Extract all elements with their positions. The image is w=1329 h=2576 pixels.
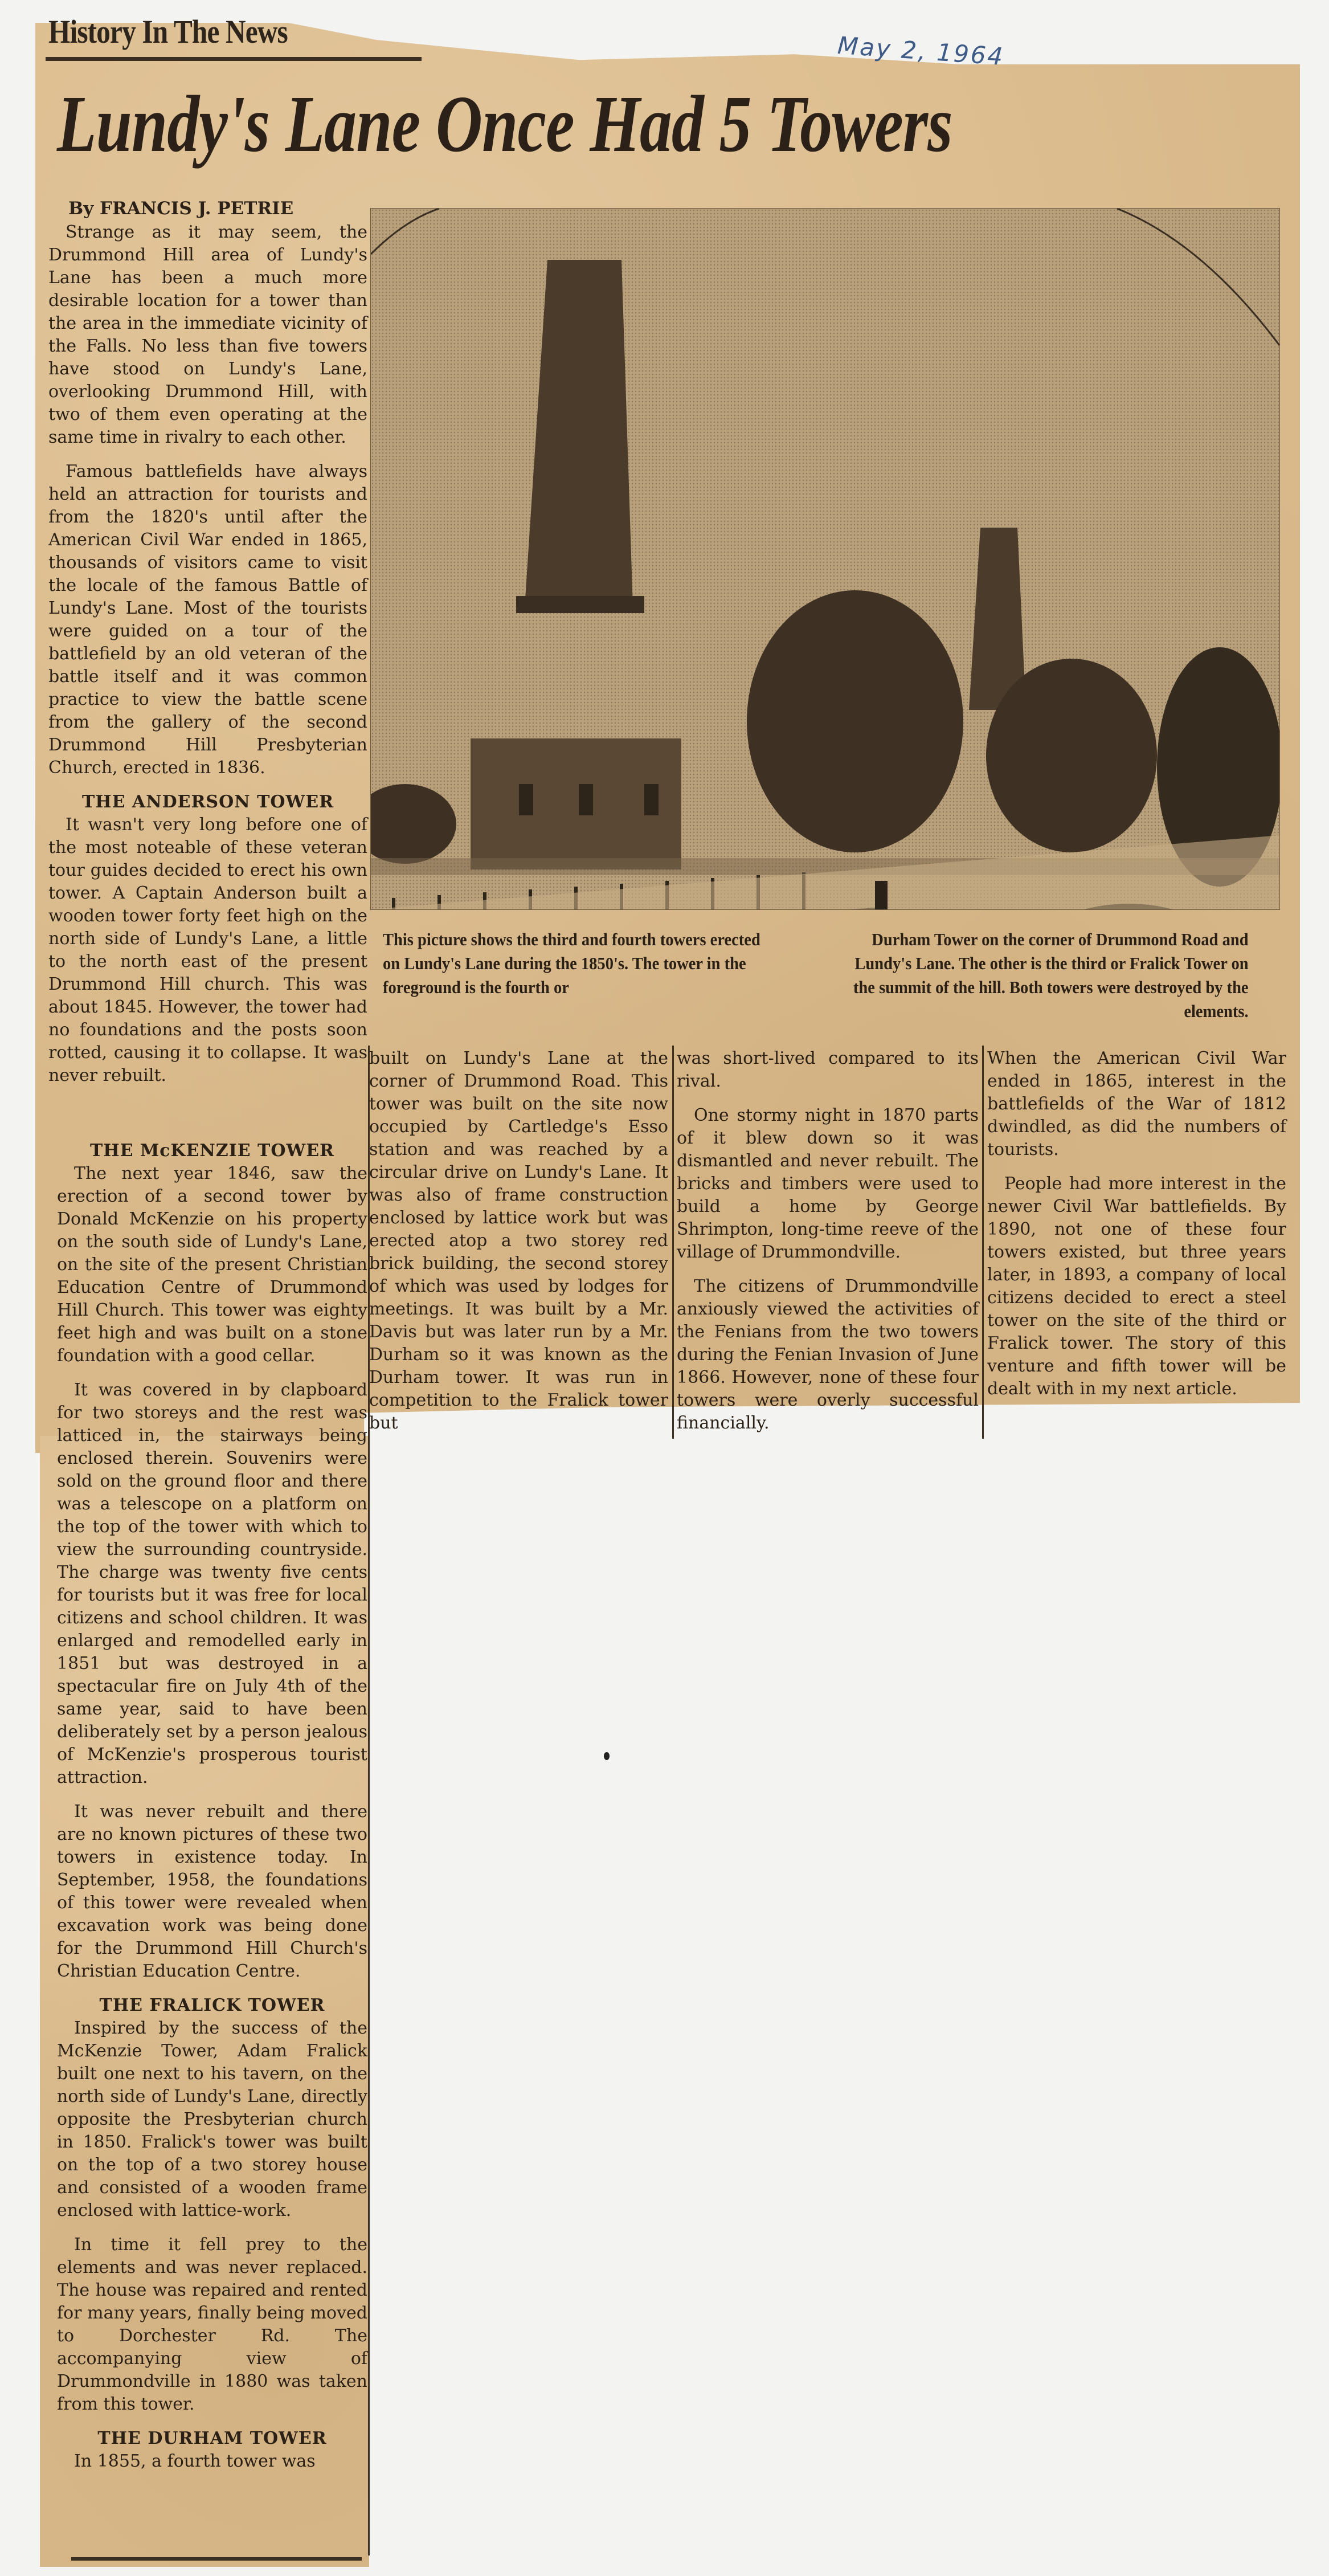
paragraph: Strange as it may seem, the Drummond Hil… [48,221,367,449]
section-heading: THE McKENZIE TOWER [57,1140,367,1162]
paragraph: It was never rebuilt and there are no kn… [57,1801,367,1983]
paragraph: It was covered in by clapboard for two s… [57,1379,367,1789]
section-heading: THE DURHAM TOWER [57,2427,367,2450]
tower-engraving-photo [370,208,1280,910]
photo-caption-left: This picture shows the third and fourth … [383,928,781,999]
section-heading: THE FRALICK TOWER [57,1994,367,2017]
article-column-1-lower: THE McKENZIE TOWER The next year 1846, s… [57,1134,367,2484]
article-column-2: built on Lundy's Lane at the corner of D… [369,1047,668,1446]
paragraph: built on Lundy's Lane at the corner of D… [369,1047,668,1435]
bottom-rule [71,2557,362,2561]
headline: Lundy's Lane Once Had 5 Towers [57,77,1028,170]
paragraph: Inspired by the success of the McKenzie … [57,2017,367,2222]
section-kicker: History In The News [48,13,288,51]
paper-speck [604,1752,610,1760]
paragraph: One stormy night in 1870 parts of it ble… [677,1104,979,1264]
byline: By FRANCIS J. PETRIE [68,198,293,219]
article-column-3: was short-lived compared to its rival. O… [677,1047,979,1446]
photo-caption-right: Durham Tower on the corner of Drummond R… [840,928,1249,1023]
paragraph: In 1855, a fourth tower was [57,2450,367,2473]
paragraph: was short-lived compared to its rival. [677,1047,979,1093]
paragraph: The next year 1846, saw the erection of … [57,1162,367,1367]
paragraph: When the American Civil War ended in 186… [987,1047,1286,1161]
paragraph: In time it fell prey to the elements and… [57,2234,367,2416]
paragraph: It wasn't very long before one of the mo… [48,814,367,1087]
engraving-image-icon [371,209,1279,909]
section-heading: THE ANDERSON TOWER [48,791,367,814]
column-rule [982,1046,984,1439]
paragraph: Famous battlefields have always held an … [48,460,367,779]
column-rule [672,1046,674,1439]
article-column-4: When the American Civil War ended in 186… [987,1047,1286,1412]
paragraph: The citizens of Drummondville anxiously … [677,1275,979,1435]
article-column-1: Strange as it may seem, the Drummond Hil… [48,221,367,1099]
paragraph: People had more interest in the newer Ci… [987,1173,1286,1401]
kicker-rule [46,57,422,61]
